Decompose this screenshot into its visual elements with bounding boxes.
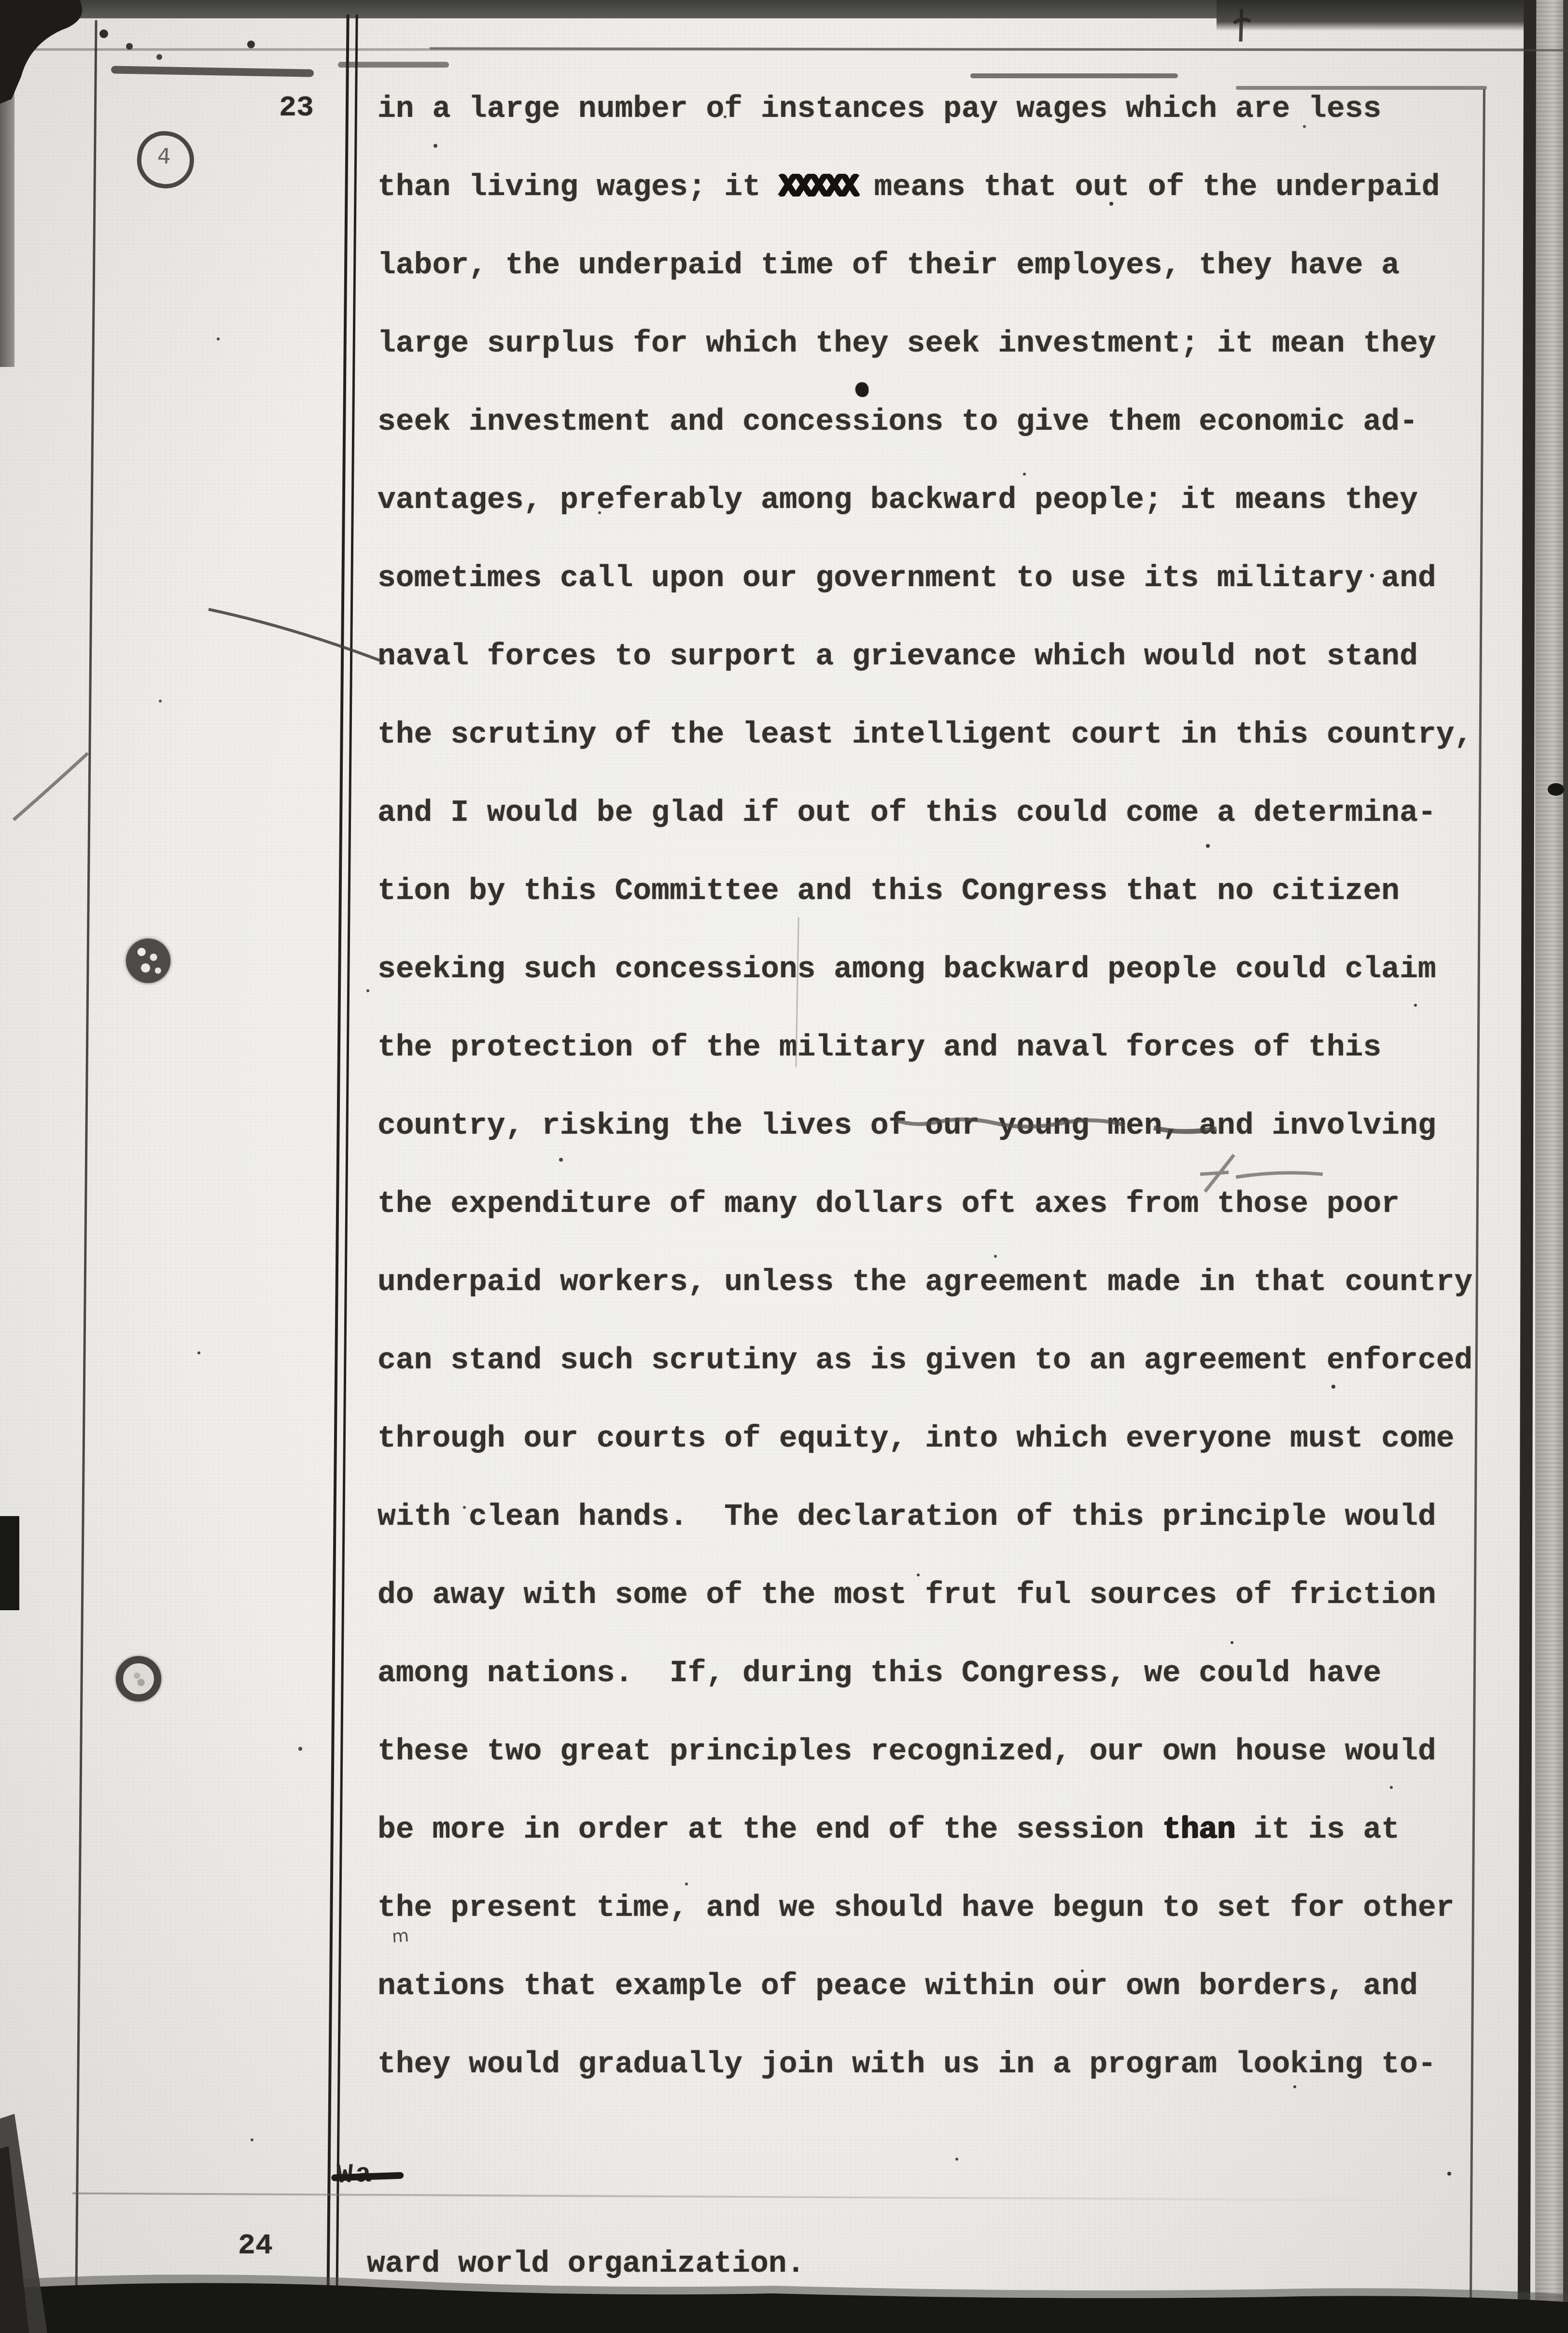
typed-line: seeking such concessions among backward …: [378, 930, 1502, 1009]
typed-line: large surplus for which they seek invest…: [378, 305, 1502, 383]
horizontal-crease: [72, 2192, 1424, 2202]
typed-line: labor, the underpaid time of their emplo…: [378, 226, 1502, 305]
right-page-edge-rule: [1518, 0, 1537, 2333]
typed-line: with clean hands. The declaration of thi…: [378, 1478, 1502, 1556]
typed-line: the protection of the military and naval…: [378, 1009, 1502, 1087]
typed-line: sometimes call upon our government to us…: [378, 539, 1502, 618]
scan-smudge: [111, 66, 314, 77]
typed-line: be more in order at the end of the sessi…: [378, 1791, 1502, 1869]
diagonal-pencil-stroke: [209, 609, 385, 662]
left-margin-pencil-stroke: [14, 753, 88, 820]
scan-top-hairline: [0, 48, 1568, 51]
typed-line: than living wages; it XXXXX means that o…: [378, 148, 1502, 226]
typed-line: in a large number of instances pay wages…: [378, 70, 1502, 148]
scan-left-edge: [0, 0, 14, 367]
left-margin-rule: [75, 20, 97, 2297]
typed-line: naval forces to surport a grievance whic…: [378, 618, 1502, 696]
circled-pencil-mark: 4: [133, 127, 197, 192]
typed-line: among nations. If, during this Congress,…: [378, 1634, 1502, 1713]
typed-line: country, risking the lives of our young …: [378, 1087, 1502, 1165]
typed-line: the expenditure of many dollars oft axes…: [378, 1165, 1502, 1243]
scan-right-edge-line: [1563, 0, 1568, 2333]
scan-corner-blob: [0, 0, 299, 126]
page-number-bottom: 24: [238, 2230, 273, 2263]
typed-line: can stand such scrutiny as is given to a…: [378, 1321, 1502, 1400]
scan-top-band-right: [1217, 0, 1568, 31]
circled-mark-character: 4: [157, 144, 171, 169]
typed-text-block: in a large number of instances pay wages…: [378, 70, 1502, 2104]
typed-line: nations that example of peace within our…: [378, 1947, 1502, 2025]
right-edge-ink-dot: [1548, 783, 1564, 796]
ink-stamp-blob-lower: [116, 1656, 161, 1701]
blacked-out-word: XXXXX: [779, 170, 856, 204]
typed-line: through our courts of equity, into which…: [378, 1400, 1502, 1478]
typed-line: do away with some of the most frut ful s…: [378, 1556, 1502, 1634]
typed-line: and I would be glad if out of this could…: [378, 774, 1502, 852]
paper-specks: [0, 0, 2, 2]
typed-line: these two great principles recognized, o…: [378, 1713, 1502, 1791]
scanned-document-page: { "page": { "top_page_number": "23", "bo…: [0, 0, 1568, 2333]
typed-line: underpaid workers, unless the agreement …: [378, 1243, 1502, 1321]
typed-line: the scrutiny of the least intelligent co…: [378, 696, 1502, 774]
scan-smudge: [338, 62, 449, 68]
typed-line: vantages, preferably among backward peop…: [378, 461, 1502, 539]
scan-bottom-left-wedge: [0, 2091, 63, 2333]
typed-line: the present time, and we should have beg…: [378, 1869, 1502, 1947]
typed-line: they would gradually join with us in a p…: [378, 2025, 1502, 2104]
stray-ink-dot: [855, 382, 868, 397]
scan-left-black-bar: [0, 1516, 19, 1610]
small-pencil-mark: m: [392, 1926, 410, 1947]
page-number-top: 23: [279, 92, 314, 125]
overstruck-word: than: [1162, 1813, 1235, 1847]
typed-line: tion by this Committee and this Congress…: [378, 852, 1502, 930]
typed-line: seek investment and concessions to give …: [378, 383, 1502, 461]
struck-word-mark: Wa: [336, 2161, 374, 2189]
continuation-line: ward world organization.: [367, 2225, 805, 2303]
ink-stamp-blob-upper: [126, 939, 170, 983]
